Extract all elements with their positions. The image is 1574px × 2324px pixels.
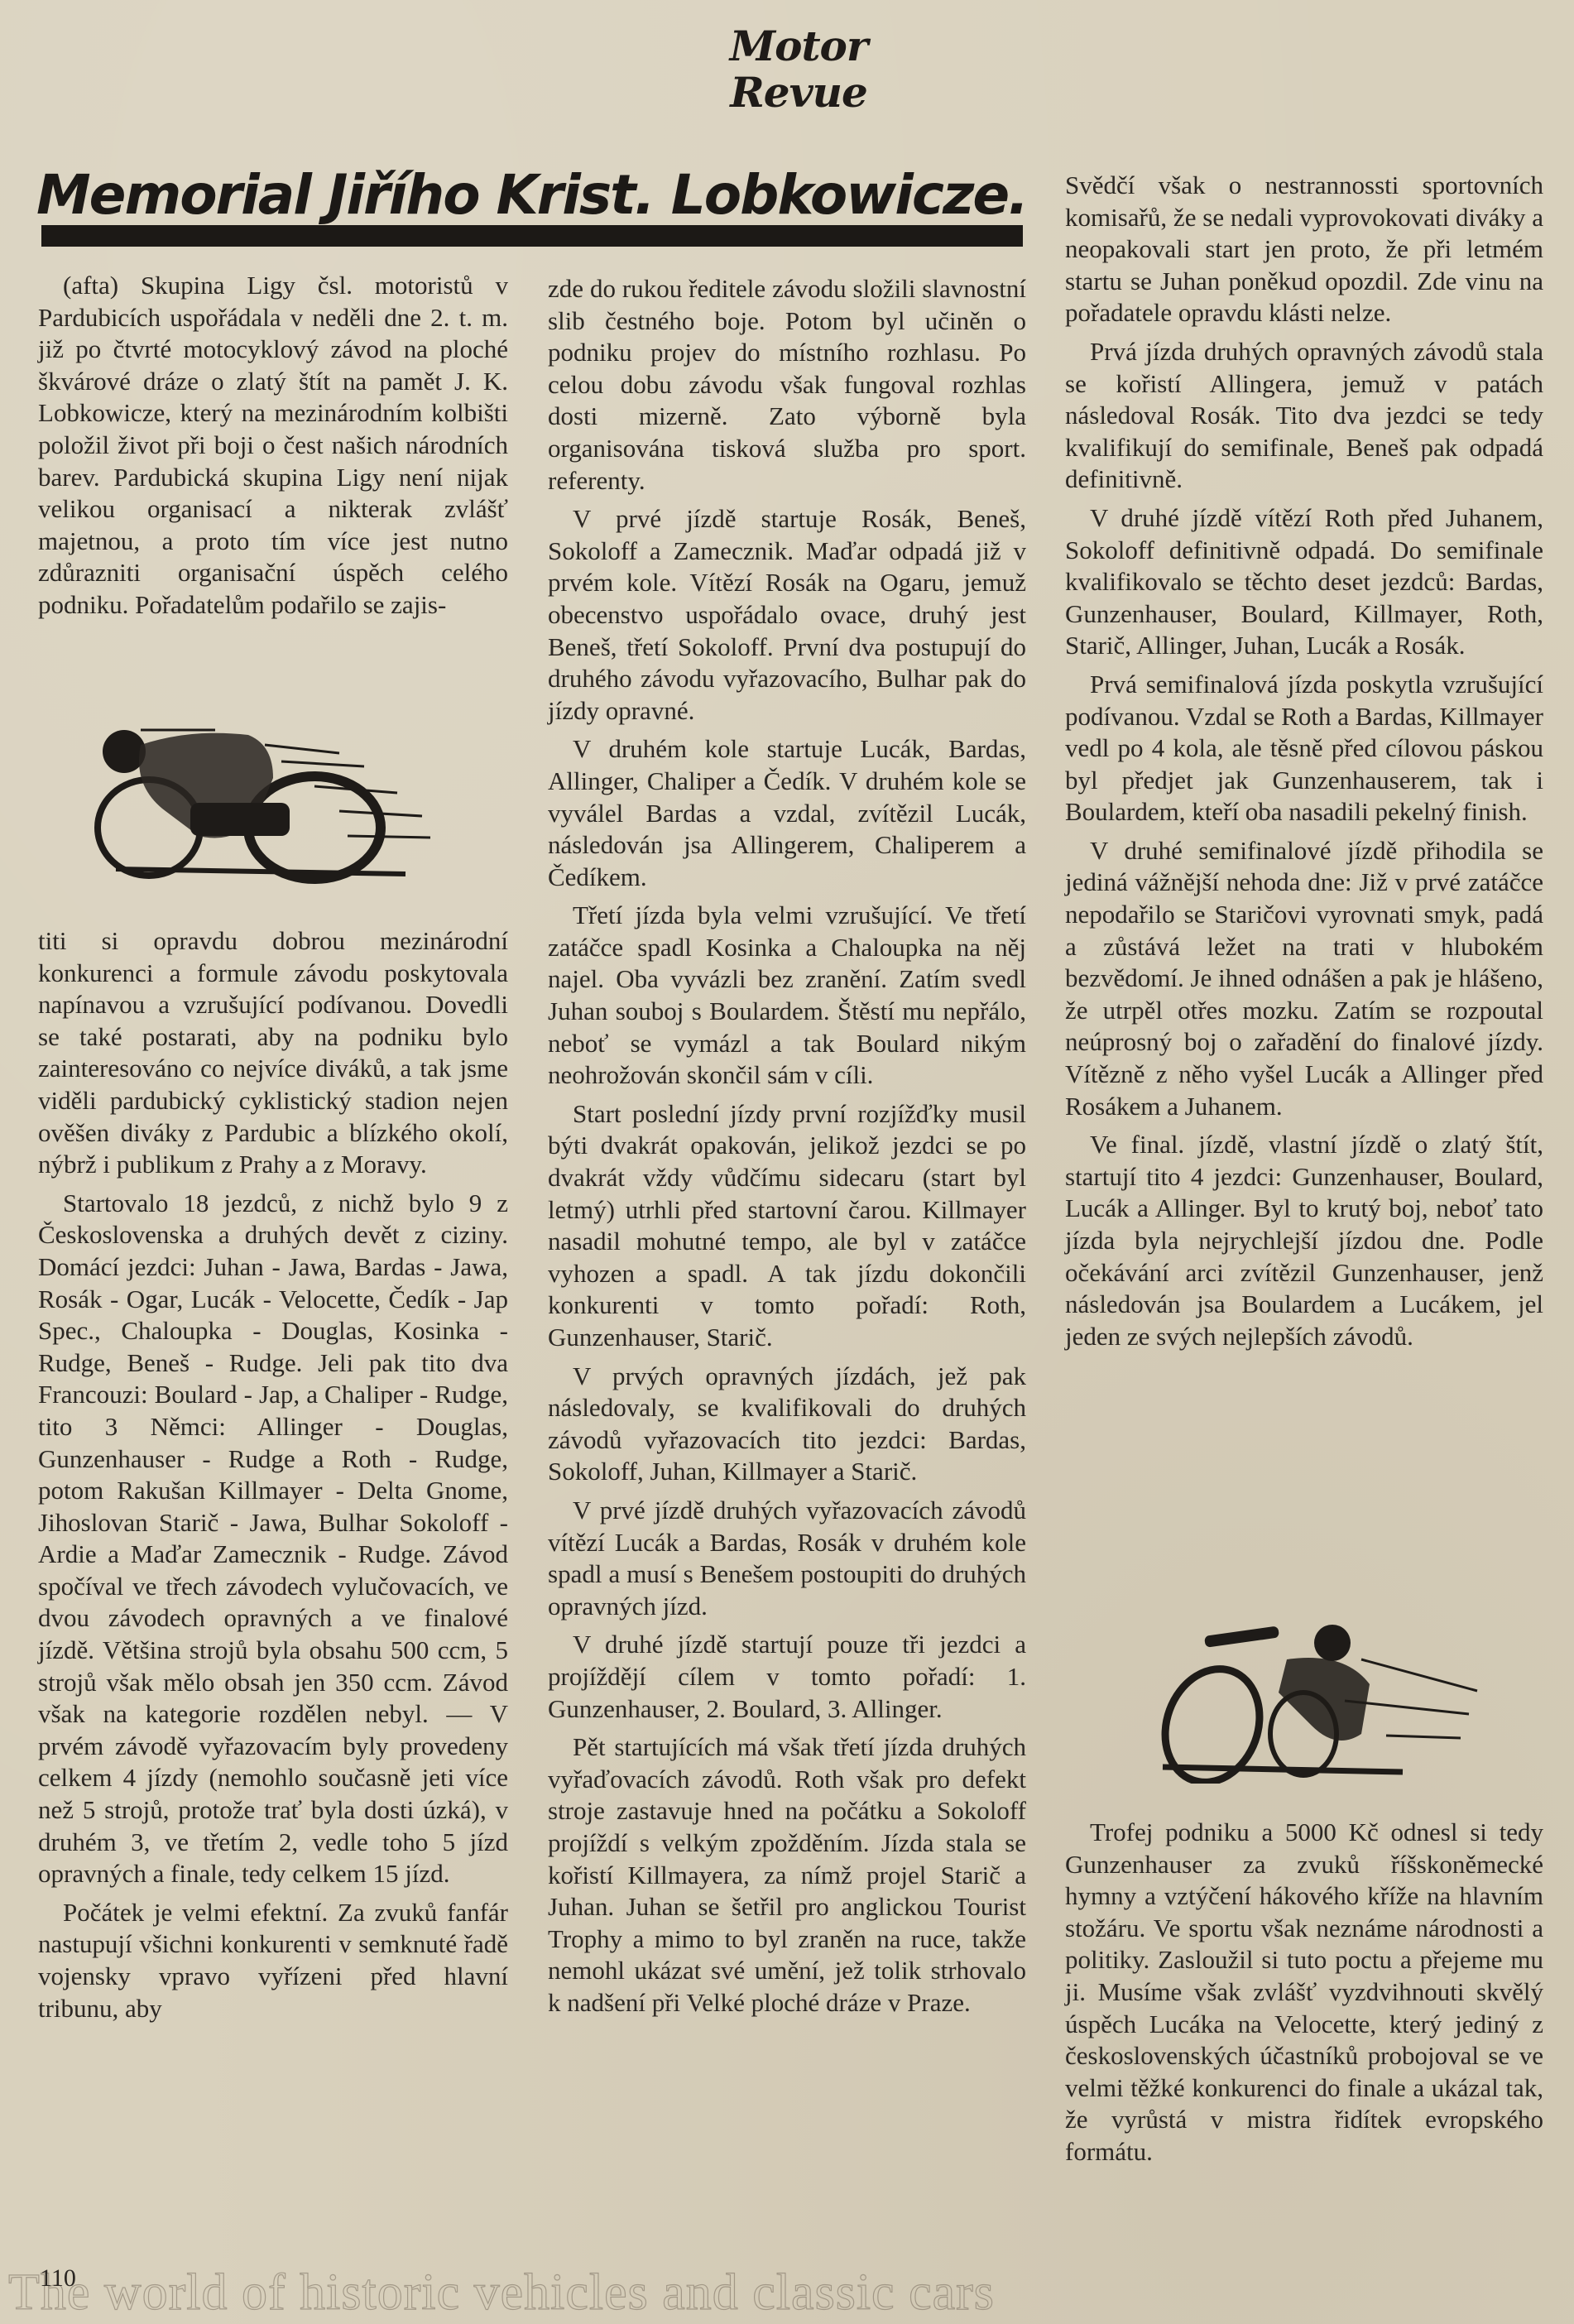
paragraph: V prvé jízdě startuje Rosák, Beneš, Soko… [548, 503, 1026, 727]
paragraph: Ve final. jízdě, vlastní jízdě o zlatý š… [1065, 1129, 1543, 1352]
paragraph: titi si opravdu dobrou mezinárodní konku… [38, 925, 508, 1181]
paragraph: Svědčí však o nestrannossti sportovních … [1065, 170, 1543, 329]
masthead-line-2: Revue [703, 70, 894, 116]
magazine-page: Motor Revue Memorial Jiřího Krist. Lobko… [0, 0, 1574, 2324]
masthead-logo: Motor Revue [703, 23, 894, 139]
paragraph: Startovalo 18 jezdců, z nichž bylo 9 z Č… [38, 1188, 508, 1890]
article-title: Memorial Jiřího Krist. Lobkowicze. [36, 162, 1029, 228]
motorcycle-icon [66, 712, 455, 886]
column-2: zde do rukou ředitele závodu složili sla… [548, 273, 1026, 2025]
page-number: 110 [40, 2264, 76, 2293]
paragraph: V druhém kole startuje Lucák, Bardas, Al… [548, 733, 1026, 893]
paragraph: Prvá jízda druhých opravných závodů stal… [1065, 336, 1543, 496]
watermark-text: The world of historic vehicles and class… [8, 2264, 995, 2322]
motorcycle-racer-left-illustration [66, 712, 455, 886]
paragraph: (afta) Skupina Ligy čsl. motoristů v Par… [38, 270, 508, 622]
paragraph: Trofej podniku a 5000 Kč odnesl si tedy … [1065, 1817, 1543, 2168]
paragraph: zde do rukou ředitele závodu složili sla… [548, 273, 1026, 497]
paragraph: V druhé semifinalové jízdě přihodila se … [1065, 835, 1543, 1122]
paragraph: Start poslední jízdy první rozjížďky mus… [548, 1098, 1026, 1354]
paragraph: V druhé jízdě startují pouze tři jezdci … [548, 1629, 1026, 1725]
paragraph: V druhé jízdě vítězí Roth před Juhanem, … [1065, 502, 1543, 662]
paragraph: Pět startujících má však třetí jízda dru… [548, 1731, 1026, 2019]
paragraph: Prvá semifinalová jízda poskytla vzrušuj… [1065, 669, 1543, 828]
motorcycle-racer-right-illustration [1154, 1610, 1485, 1784]
column-3-bottom: Trofej podniku a 5000 Kč odnesl si tedy … [1065, 1817, 1543, 2175]
paragraph: Počátek je velmi efektní. Za zvuků fanfá… [38, 1897, 508, 2024]
paragraph: V prvých opravných jízdách, jež pak násl… [548, 1361, 1026, 1488]
column-3-top: Svědčí však o nestrannossti sportovních … [1065, 170, 1543, 1359]
paragraph: V prvé jízdě druhých vyřazovacích závodů… [548, 1495, 1026, 1622]
column-1-bottom: titi si opravdu dobrou mezinárodní konku… [38, 925, 508, 2031]
column-1-top: (afta) Skupina Ligy čsl. motoristů v Par… [38, 270, 508, 628]
masthead-line-1: Motor [703, 23, 894, 70]
paragraph: Třetí jízda byla velmi vzrušující. Ve tř… [548, 900, 1026, 1092]
motorcycle-icon [1154, 1610, 1485, 1784]
title-rule [41, 225, 1023, 247]
